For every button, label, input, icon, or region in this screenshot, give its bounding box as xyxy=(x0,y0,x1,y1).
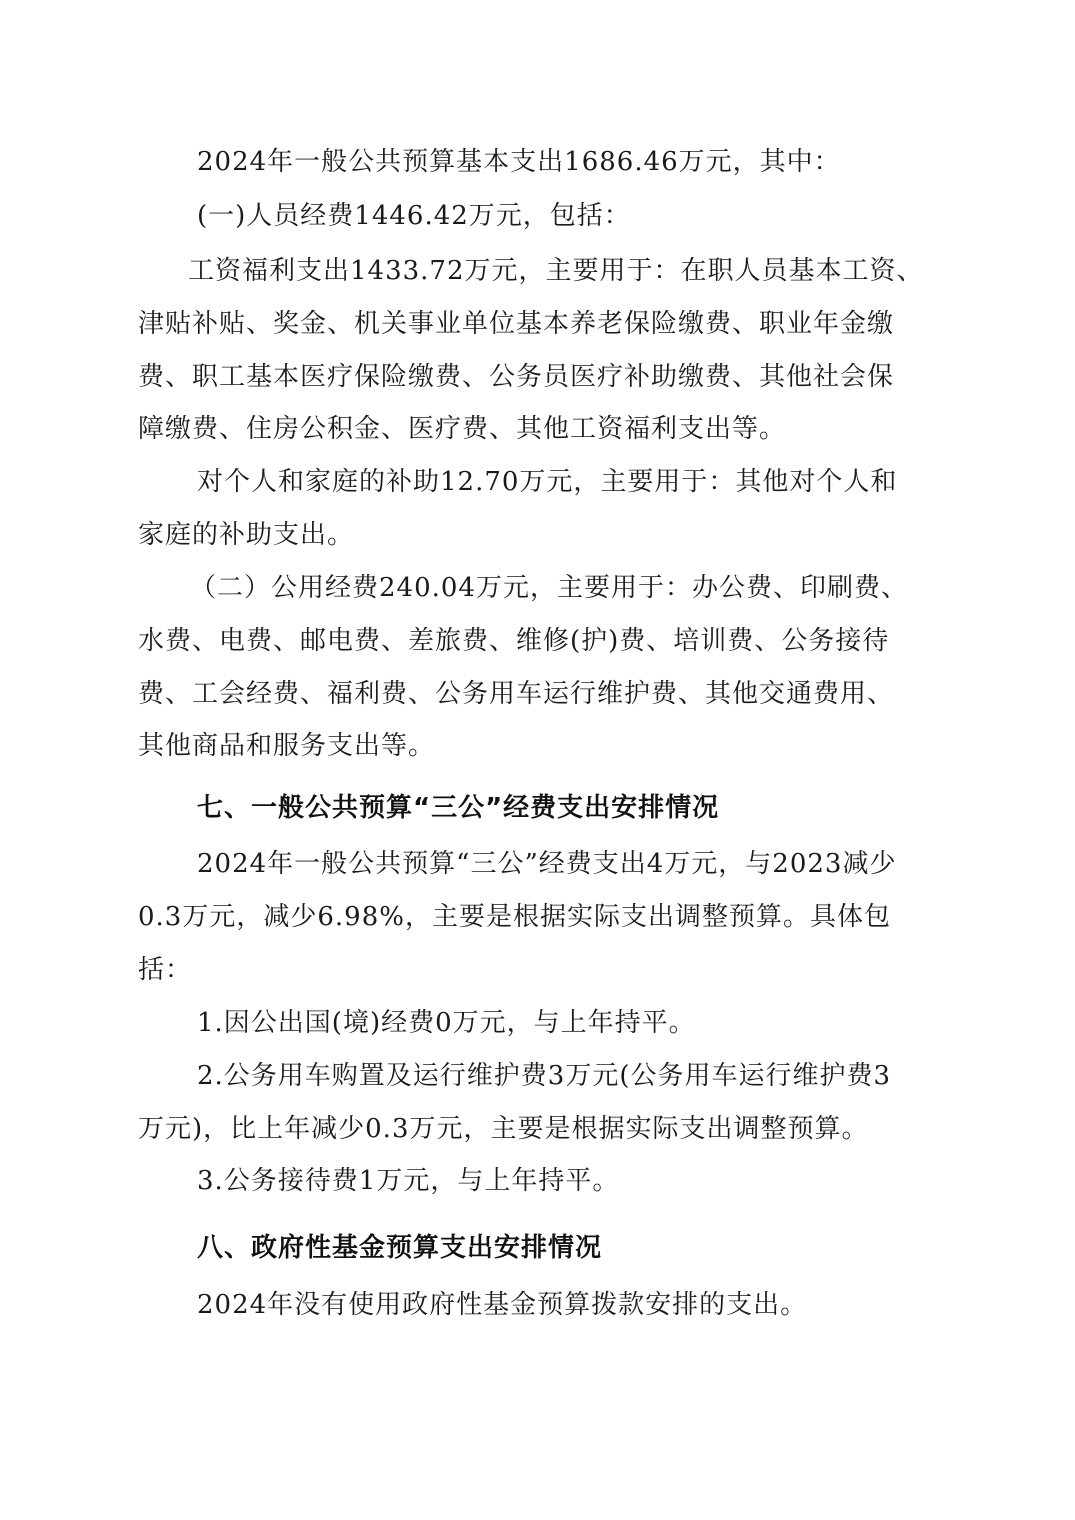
text-line: （二）公用经费240.04万元，主要用于：办公费、印刷费、 xyxy=(190,573,908,603)
text-line: 万元)，比上年减少0.3万元，主要是根据实际支出调整预算。 xyxy=(138,1114,869,1144)
paragraph-government-fund-budget: 2024年没有使用政府性基金预算拨款安排的支出。 xyxy=(197,1290,807,1320)
list-item-overseas-travel: 1.因公出国(境)经费0万元，与上年持平。 xyxy=(197,1008,696,1038)
paragraph-basic-expenditure-total: 2024年一般公共预算基本支出1686.46万元，其中： xyxy=(197,147,841,177)
paragraph-personnel-expenses-title: (一)人员经费1446.42万元，包括： xyxy=(197,201,631,231)
text-line: 水费、电费、邮电费、差旅费、维修(护)费、培训费、公务接待 xyxy=(138,626,889,656)
text-line: 其他商品和服务支出等。 xyxy=(138,731,435,761)
section-heading-three-public-expenses: 七、一般公共预算“三公”经费支出安排情况 xyxy=(197,793,719,823)
section-heading-government-fund-budget: 八、政府性基金预算支出安排情况 xyxy=(197,1233,602,1263)
text-line: 津贴补贴、奖金、机关事业单位基本养老保险缴费、职业年金缴 xyxy=(138,309,894,339)
text-line: 家庭的补助支出。 xyxy=(138,520,354,550)
text-line: 工资福利支出1433.72万元，主要用于：在职人员基本工资、 xyxy=(188,256,924,286)
text-line: 障缴费、住房公积金、医疗费、其他工资福利支出等。 xyxy=(138,414,786,444)
text-line: 费、职工基本医疗保险缴费、公务员医疗补助缴费、其他社会保 xyxy=(138,362,894,392)
text-line: 括： xyxy=(138,955,192,985)
document-page: 2024年一般公共预算基本支出1686.46万元，其中： (一)人员经费1446… xyxy=(0,0,1075,1520)
text-line: 0.3万元，减少6.98%，主要是根据实际支出调整预算。具体包 xyxy=(138,902,891,932)
text-line: 对个人和家庭的补助12.70万元，主要用于：其他对个人和 xyxy=(197,467,897,497)
text-line: 2024年一般公共预算“三公”经费支出4万元，与2023减少 xyxy=(197,849,896,879)
text-line: 2.公务用车购置及运行维护费3万元(公务用车运行维护费3 xyxy=(197,1061,891,1091)
text-line: 费、工会经费、福利费、公务用车运行维护费、其他交通费用、 xyxy=(138,679,894,709)
list-item-official-reception: 3.公务接待费1万元，与上年持平。 xyxy=(197,1166,619,1196)
